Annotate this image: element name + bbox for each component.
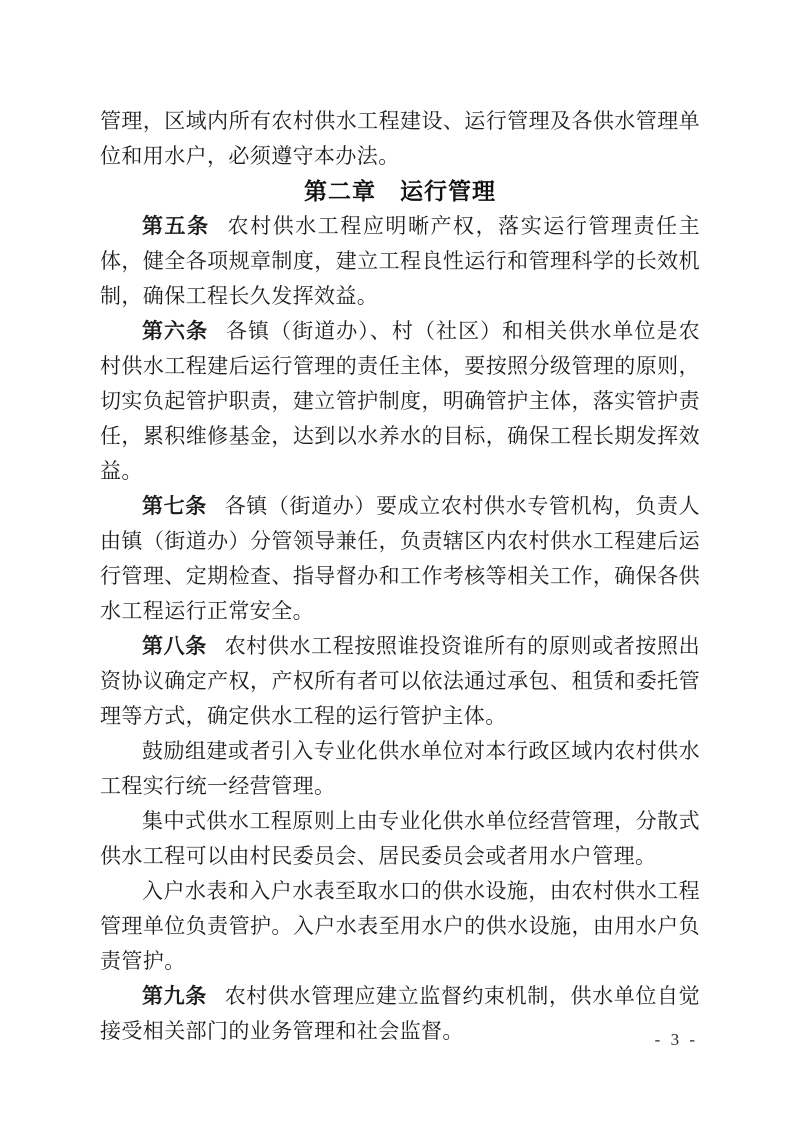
- paragraph-article-8: 第八条农村供水工程按照谁投资谁所有的原则或者按照出资协议确定产权，产权所有者可以…: [100, 629, 700, 734]
- paragraph-text: 入户水表和入户水表至取水口的供水设施，由农村供水工程管理单位负责管护。入户水表至…: [100, 879, 700, 973]
- paragraph-continuation: 管理，区域内所有农村供水工程建设、运行管理及各供水管理单位和用水户，必须遵守本办…: [100, 104, 700, 174]
- article-label: 第七条: [142, 494, 207, 518]
- paragraph-article-7: 第七条各镇（街道办）要成立农村供水专管机构，负责人由镇（街道办）分管领导兼任，负…: [100, 489, 700, 629]
- document-page: 管理，区域内所有农村供水工程建设、运行管理及各供水管理单位和用水户，必须遵守本办…: [0, 0, 792, 1121]
- chapter-heading: 第二章 运行管理: [100, 174, 700, 209]
- paragraph-plain-1: 鼓励组建或者引入专业化供水单位对本行政区域内农村供水工程实行统一经营管理。: [100, 734, 700, 804]
- article-label: 第九条: [142, 984, 207, 1008]
- article-label: 第八条: [142, 634, 207, 658]
- page-number: - 3 -: [655, 1030, 698, 1050]
- paragraph-text: 各镇（街道办）、村（社区）和相关供水单位是农村供水工程建后运行管理的责任主体，要…: [100, 319, 700, 483]
- paragraph-text: 集中式供水工程原则上由专业化供水单位经营管理，分散式供水工程可以由村民委员会、居…: [100, 809, 700, 868]
- paragraph-article-5: 第五条农村供水工程应明晰产权，落实运行管理责任主体，健全各项规章制度，建立工程良…: [100, 209, 700, 314]
- article-label: 第六条: [142, 319, 208, 343]
- paragraph-text: 鼓励组建或者引入专业化供水单位对本行政区域内农村供水工程实行统一经营管理。: [100, 739, 700, 798]
- paragraph-plain-2: 集中式供水工程原则上由专业化供水单位经营管理，分散式供水工程可以由村民委员会、居…: [100, 804, 700, 874]
- article-label: 第五条: [142, 214, 210, 238]
- document-body: 管理，区域内所有农村供水工程建设、运行管理及各供水管理单位和用水户，必须遵守本办…: [100, 104, 700, 1049]
- paragraph-text: 管理，区域内所有农村供水工程建设、运行管理及各供水管理单位和用水户，必须遵守本办…: [100, 109, 700, 168]
- paragraph-article-9: 第九条农村供水管理应建立监督约束机制，供水单位自觉接受相关部门的业务管理和社会监…: [100, 979, 700, 1049]
- paragraph-article-6: 第六条各镇（街道办）、村（社区）和相关供水单位是农村供水工程建后运行管理的责任主…: [100, 314, 700, 489]
- paragraph-plain-3: 入户水表和入户水表至取水口的供水设施，由农村供水工程管理单位负责管护。入户水表至…: [100, 874, 700, 979]
